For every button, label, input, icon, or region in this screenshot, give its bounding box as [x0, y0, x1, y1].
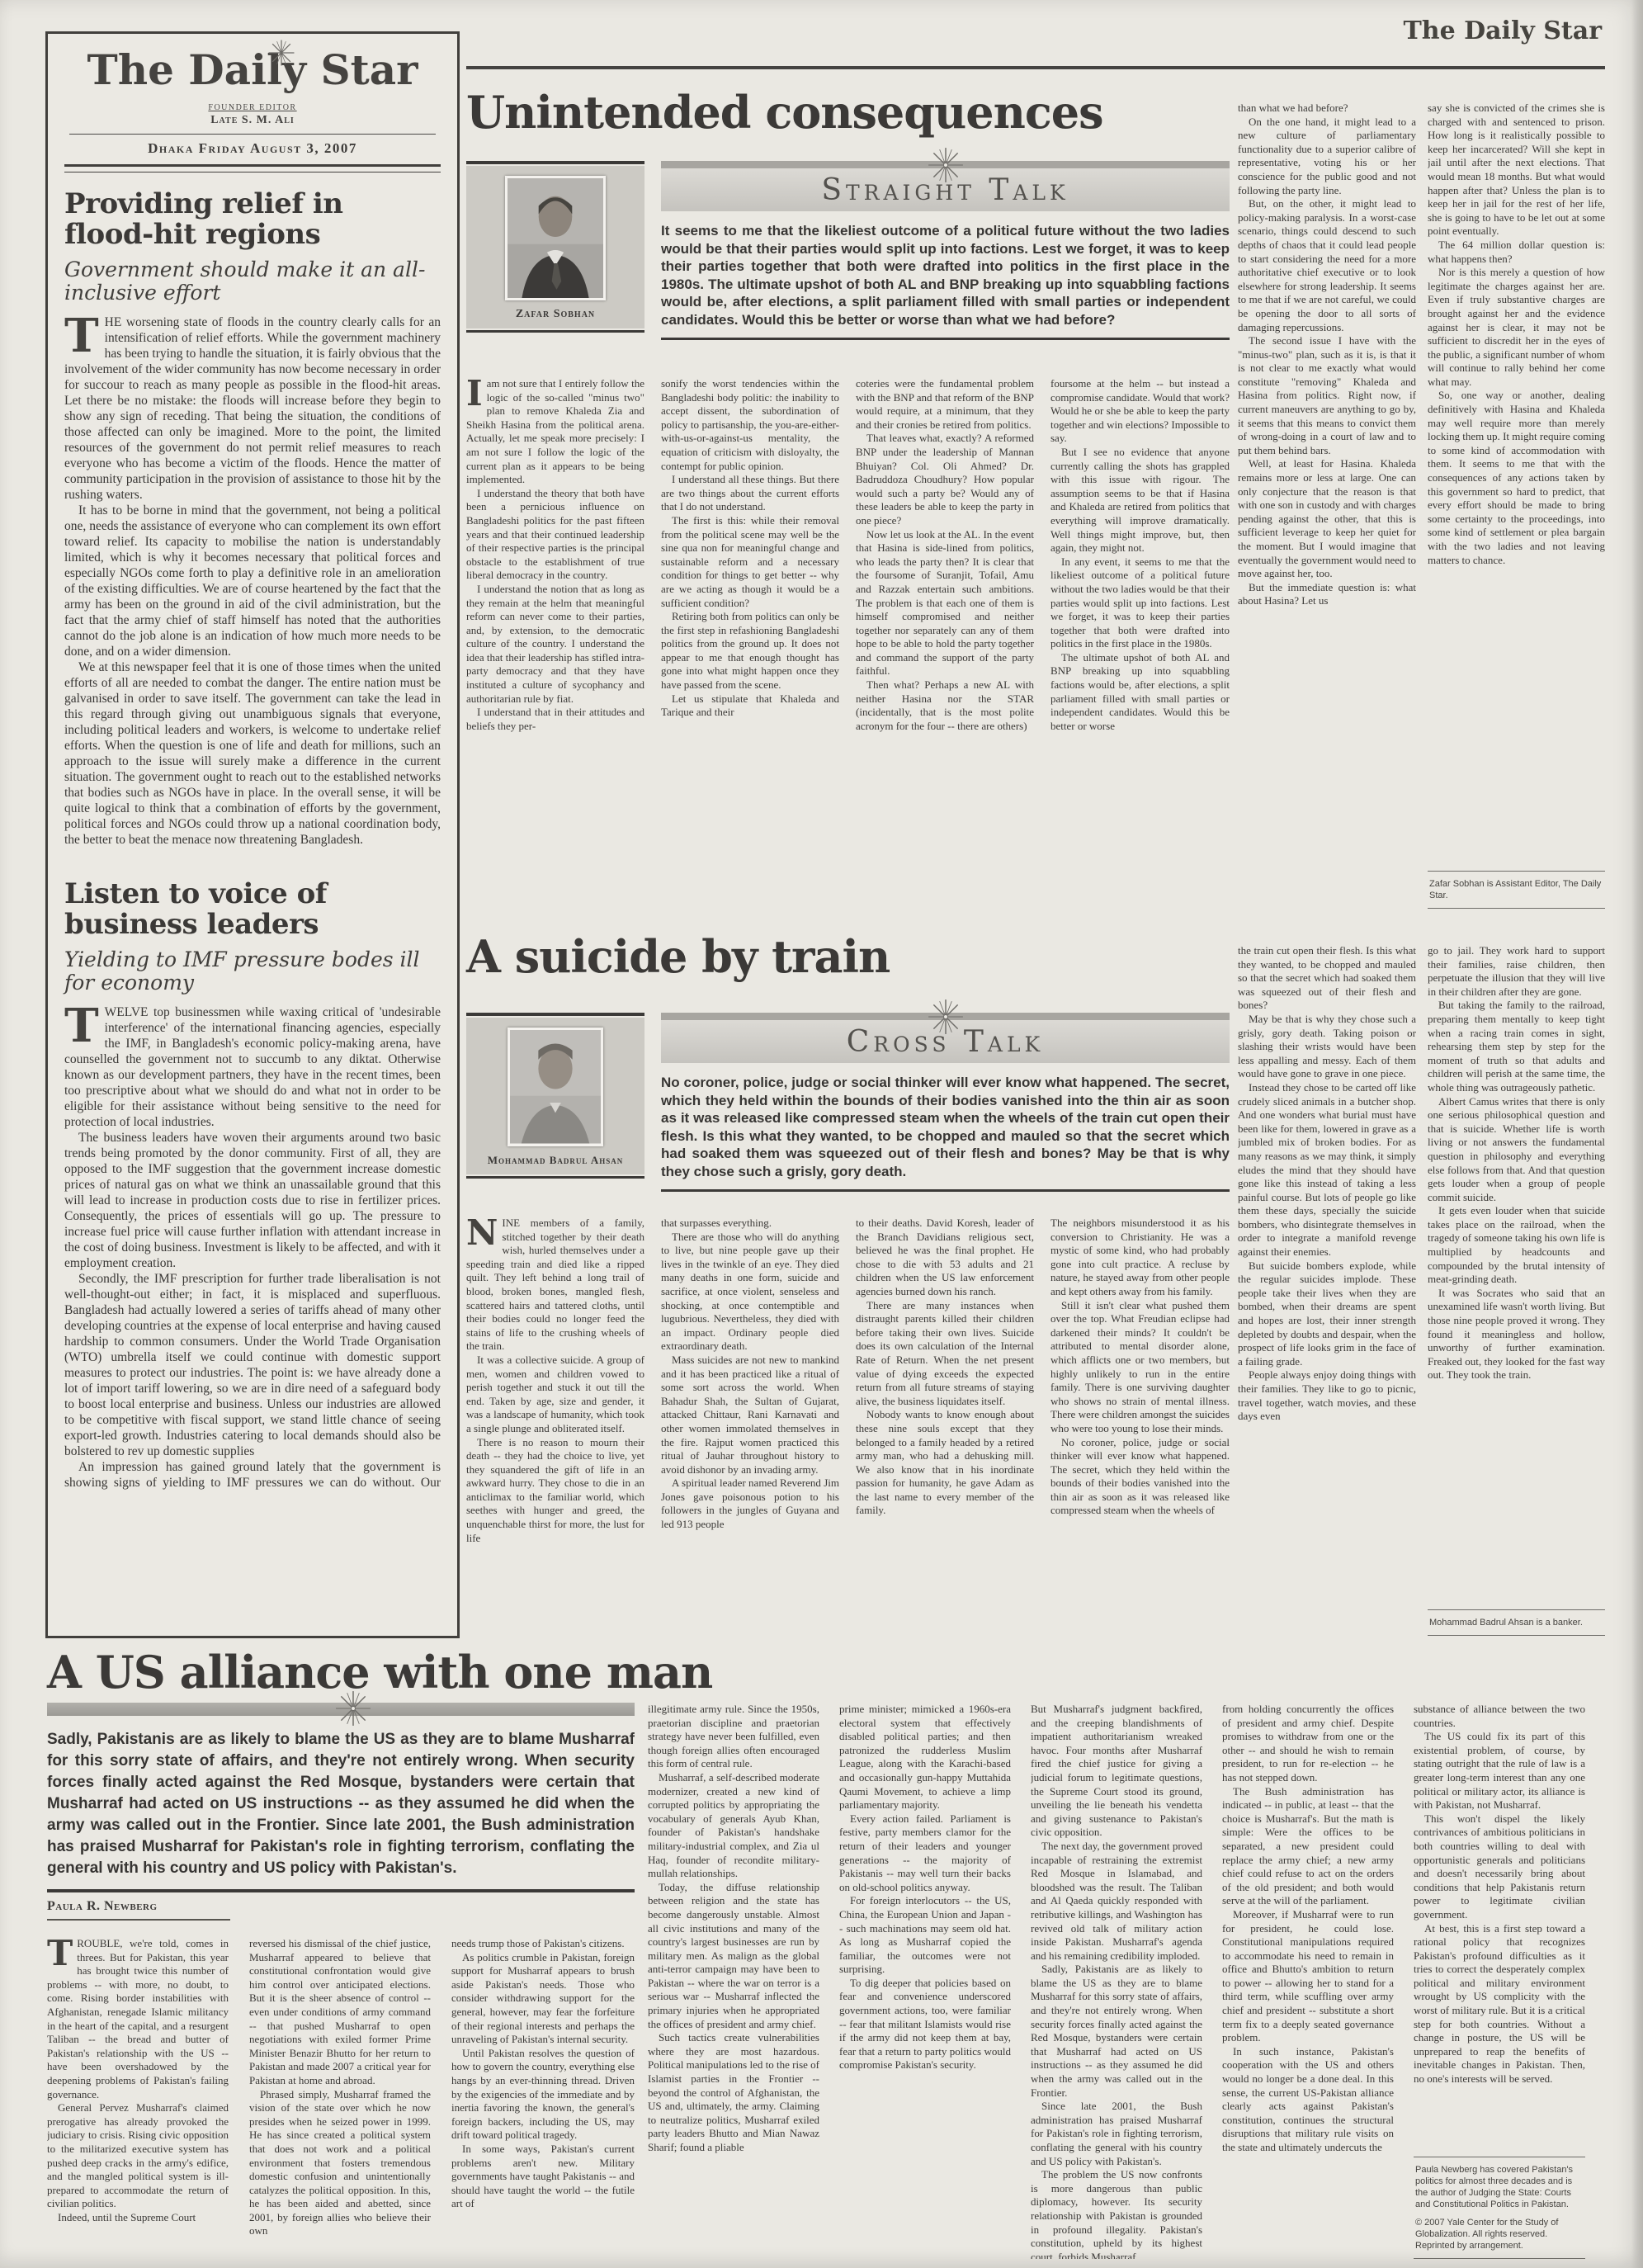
author-credit: Paula Newberg has covered Pakistan's pol… — [1414, 2157, 1585, 2259]
editorial-body: THE worsening state of floods in the cou… — [64, 314, 441, 858]
author-photo-panel: Zafar Sobhan — [466, 161, 644, 333]
article-standfirst: Sadly, Pakistanis are as likely to blame… — [47, 1729, 635, 1892]
masthead-starburst-icon — [267, 39, 295, 67]
portrait-zafar-sobhan — [508, 178, 603, 298]
author-credit: Zafar Sobhan is Assistant Editor, The Da… — [1428, 871, 1605, 909]
cross-talk-banner: Cross Talk — [661, 1013, 1230, 1063]
article-column: say she is convicted of the crimes she i… — [1428, 102, 1605, 864]
credit-text: Zafar Sobhan is Assistant Editor, The Da… — [1429, 878, 1603, 901]
panel-rule — [466, 161, 644, 164]
starburst-icon — [334, 1689, 372, 1727]
masthead-rule — [69, 134, 436, 135]
article-column: I am not sure that I entirely follow the… — [466, 377, 644, 909]
starburst-icon — [927, 998, 965, 1036]
panel-background: Mohammad Badrul Ahsan — [466, 1018, 644, 1174]
editorial-subhead: Government should make it an all-inclusi… — [64, 258, 441, 305]
article-headline: Unintended consequences — [466, 88, 1103, 136]
article-byline: Paula R. Newberg — [47, 1899, 230, 1921]
masthead: The Daily Star FOUNDER EDITOR Late S. M.… — [64, 47, 441, 172]
article-column: foursome at the helm -- but instead a co… — [1050, 377, 1230, 909]
article-column: coteries were the fundamental problem wi… — [856, 377, 1034, 909]
credit-text: Mohammad Badrul Ahsan is a banker. — [1429, 1617, 1603, 1628]
author-photo — [505, 176, 606, 300]
editorial-headline: Providing relief in flood-hit regions — [64, 189, 441, 250]
article-column: from holding concurrently the offices of… — [1222, 1703, 1394, 2259]
page-top-rule — [466, 66, 1605, 69]
article-standfirst: No coroner, police, judge or social thin… — [661, 1074, 1230, 1192]
article-column: sonify the worst tendencies within the B… — [661, 377, 839, 909]
straight-talk-banner: Straight Talk — [661, 161, 1230, 211]
article-column: the train cut open their flesh. Is this … — [1238, 944, 1416, 1636]
panel-rule — [466, 1176, 644, 1179]
article-last-column: substance of alliance between the two co… — [1414, 1703, 1585, 2259]
article-us-alliance: A US alliance with one man Sadly, Pakist… — [45, 1647, 1605, 2264]
panel-background: Zafar Sobhan — [466, 166, 644, 328]
author-name: Mohammad Badrul Ahsan — [488, 1154, 624, 1167]
editorial-panel: The Daily Star FOUNDER EDITOR Late S. M.… — [45, 31, 460, 1638]
article-column: TROUBLE, we're told, comes in threes. Bu… — [47, 1937, 229, 2259]
article-headline: A US alliance with one man — [47, 1648, 712, 1696]
article-column: The neighbors misunderstood it as his co… — [1050, 1217, 1230, 1636]
article-column: NINE members of a family, stitched toget… — [466, 1217, 644, 1636]
article-unintended-consequences: Unintended consequences Zafar Sobhan Str… — [466, 78, 1605, 914]
article-last-column: go to jail. They work hard to support th… — [1428, 944, 1605, 1636]
masthead-logo: The Daily Star — [64, 47, 441, 93]
panel-rule — [466, 1013, 644, 1016]
newspaper-page: The Daily Star The Daily Star FOUNDER ED… — [0, 0, 1643, 2268]
article-headline: A suicide by train — [466, 933, 890, 980]
author-name: Zafar Sobhan — [516, 308, 595, 321]
article-suicide-by-train: A suicide by train Mohammad Badrul Ahsan… — [466, 926, 1605, 1641]
author-credit: Mohammad Badrul Ahsan is a banker. — [1428, 1609, 1605, 1636]
article-last-column: say she is convicted of the crimes she i… — [1428, 102, 1605, 909]
article-column: that surpasses everything.There are thos… — [661, 1217, 839, 1636]
article-column: substance of alliance between the two co… — [1414, 1703, 1585, 2150]
article-column: illegitimate army rule. Since the 1950s,… — [648, 1703, 819, 2259]
portrait-mohammad-badrul-ahsan — [510, 1030, 601, 1144]
dateline: Dhaka Friday August 3, 2007 — [64, 140, 441, 157]
article-column: But Musharraf's judgment backfired, and … — [1031, 1703, 1202, 2259]
article-column: needs trump those of Pakistan's citizens… — [451, 1937, 635, 2259]
article-column: go to jail. They work hard to support th… — [1428, 944, 1605, 1603]
founder-editor-label: FOUNDER EDITOR — [64, 103, 441, 112]
author-photo — [508, 1028, 603, 1146]
editorial-body: TWELVE top businessmen while waxing crit… — [64, 1004, 441, 1491]
article-column: to their deaths. David Koresh, leader of… — [856, 1217, 1034, 1636]
editorial-subhead: Yielding to IMF pressure bodes ill for e… — [64, 948, 441, 995]
article-standfirst: It seems to me that the likeliest outcom… — [661, 222, 1230, 340]
article-column: prime minister; mimicked a 1960s-era ele… — [839, 1703, 1011, 2259]
article-column: than what we had before?On the one hand,… — [1238, 102, 1416, 909]
founder-editor-name: Late S. M. Ali — [64, 114, 441, 127]
headline-band — [47, 1703, 635, 1716]
article-column: reversed his dismissal of the chief just… — [249, 1937, 431, 2259]
panel-rule — [466, 330, 644, 333]
starburst-icon — [927, 146, 965, 184]
masthead-thick-rule — [64, 164, 441, 172]
corner-logo: The Daily Star — [1403, 17, 1602, 45]
copyright-text: © 2007 Yale Center for the Study of Glob… — [1415, 2217, 1584, 2251]
editorial-flood-relief: Providing relief in flood-hit regions Go… — [64, 189, 441, 858]
editorial-headline: Listen to voice of business leaders — [64, 879, 441, 940]
author-photo-panel: Mohammad Badrul Ahsan — [466, 1013, 644, 1179]
editorial-business-leaders: Listen to voice of business leaders Yiel… — [64, 879, 441, 1491]
credit-text: Paula Newberg has covered Pakistan's pol… — [1415, 2164, 1584, 2210]
